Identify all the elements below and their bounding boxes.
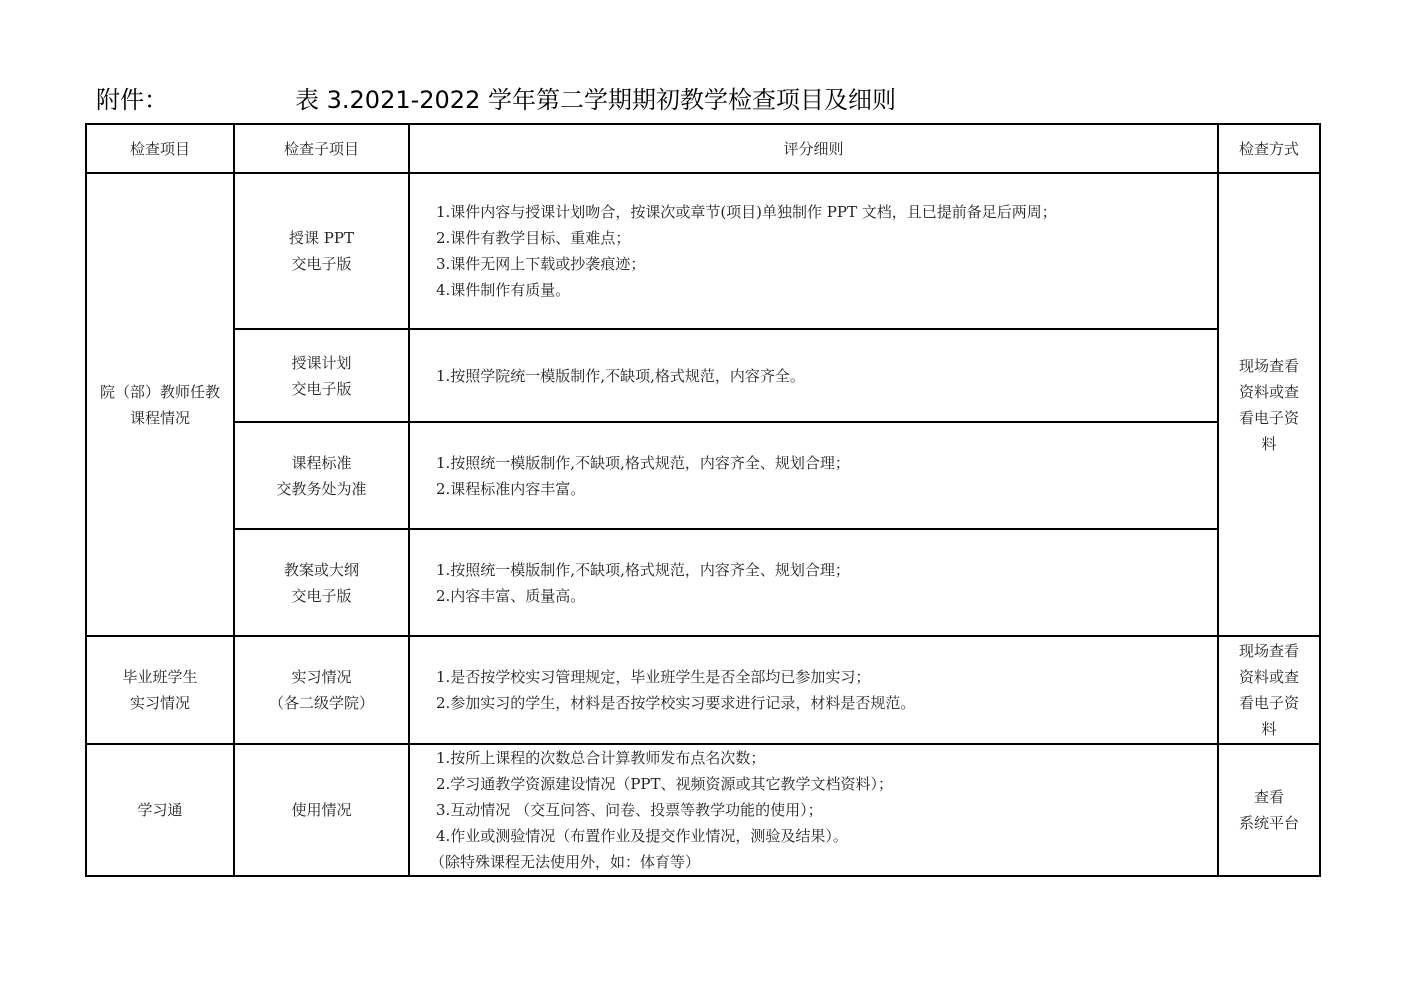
table-row: 课程标准 交教务处为准 1.按照统一模版制作,不缺项,格式规范，内容齐全、规划合… [86,422,1320,529]
method-text: 现场查看资料或查看电子资料 [1233,638,1305,742]
rule-line: 2.参加实习的学生，材料是否按学校实习要求进行记录，材料是否规范。 [436,690,1217,716]
rule-line: 1.是否按学校实习管理规定，毕业班学生是否全部均已参加实习； [436,664,1217,690]
rules-cell: 1.课件内容与授课计划吻合，按课次或章节(项目)单独制作 PPT 文档，且已提前… [409,173,1218,329]
method-cell: 现场查看资料或查看电子资料 [1218,173,1320,636]
rule-note: （除特殊课程无法使用外，如：体育等） [430,849,1217,875]
method-cell: 现场查看资料或查看电子资料 [1218,636,1320,744]
rule-line: 1.课件内容与授课计划吻合，按课次或章节(项目)单独制作 PPT 文档，且已提前… [436,199,1217,225]
rule-line: 1.按照学院统一模版制作,不缺项,格式规范，内容齐全。 [436,363,1217,389]
inspection-table: 检查项目 检查子项目 评分细则 检查方式 院（部）教师任教课程情况 授课 PPT… [85,123,1321,877]
table-row: 教案或大纲 交电子版 1.按照统一模版制作,不缺项,格式规范，内容齐全、规划合理… [86,529,1320,636]
document-title: 附件： 表 3.2021-2022 学年第二学期期初教学检查项目及细则 [96,80,1316,116]
item-cell-xuexitong: 学习通 [86,744,234,876]
rules-cell: 1.按照学院统一模版制作,不缺项,格式规范，内容齐全。 [409,329,1218,422]
rule-line: 2.内容丰富、质量高。 [436,583,1217,609]
rules-cell: 1.是否按学校实习管理规定，毕业班学生是否全部均已参加实习； 2.参加实习的学生… [409,636,1218,744]
table-row: 学习通 使用情况 1.按所上课程的次数总合计算教师发布点名次数； 2.学习通教学… [86,744,1320,876]
table-row: 授课计划 交电子版 1.按照学院统一模版制作,不缺项,格式规范，内容齐全。 [86,329,1320,422]
rule-line: 1.按所上课程的次数总合计算教师发布点名次数； [436,745,1217,771]
column-header-item: 检查项目 [86,124,234,173]
rule-line: 1.按照统一模版制作,不缺项,格式规范，内容齐全、规划合理； [436,557,1217,583]
attachment-label: 附件： [96,80,168,115]
subitem-cell: 课程标准 交教务处为准 [234,422,409,529]
rule-line: 4.课件制作有质量。 [436,277,1217,303]
method-text: 现场查看资料或查看电子资料 [1233,353,1305,457]
rules-cell: 1.按照统一模版制作,不缺项,格式规范，内容齐全、规划合理； 2.课程标准内容丰… [409,422,1218,529]
rules-cell: 1.按照统一模版制作,不缺项,格式规范，内容齐全、规划合理； 2.内容丰富、质量… [409,529,1218,636]
subitem-cell: 授课计划 交电子版 [234,329,409,422]
rule-line: 2.课程标准内容丰富。 [436,476,1217,502]
column-header-method: 检查方式 [1218,124,1320,173]
column-header-rules: 评分细则 [409,124,1218,173]
rule-line: 2.课件有教学目标、重难点； [436,225,1217,251]
item-cell-teacher-courses: 院（部）教师任教课程情况 [86,173,234,636]
column-header-subitem: 检查子项目 [234,124,409,173]
method-cell: 查看 系统平台 [1218,744,1320,876]
subitem-cell: 使用情况 [234,744,409,876]
rule-line: 3.互动情况 （交互问答、问卷、投票等教学功能的使用）； [436,797,1217,823]
item-text: 院（部）教师任教课程情况 [100,383,220,427]
subitem-cell: 实习情况 （各二级学院） [234,636,409,744]
rule-line: 2.学习通教学资源建设情况（PPT、视频资源或其它教学文档资料）； [436,771,1217,797]
table-row: 院（部）教师任教课程情况 授课 PPT 交电子版 1.课件内容与授课计划吻合，按… [86,173,1320,329]
table-title: 表 3.2021-2022 学年第二学期期初教学检查项目及细则 [295,80,896,115]
item-cell-graduate-internship: 毕业班学生 实习情况 [86,636,234,744]
rule-line: 1.按照统一模版制作,不缺项,格式规范，内容齐全、规划合理； [436,450,1217,476]
subitem-cell: 教案或大纲 交电子版 [234,529,409,636]
table-row: 毕业班学生 实习情况 实习情况 （各二级学院） 1.是否按学校实习管理规定，毕业… [86,636,1320,744]
rule-line: 4.作业或测验情况（布置作业及提交作业情况，测验及结果）。 [436,823,1217,849]
rules-cell: 1.按所上课程的次数总合计算教师发布点名次数； 2.学习通教学资源建设情况（PP… [409,744,1218,876]
subitem-cell: 授课 PPT 交电子版 [234,173,409,329]
rule-line: 3.课件无网上下载或抄袭痕迹； [436,251,1217,277]
table-header-row: 检查项目 检查子项目 评分细则 检查方式 [86,124,1320,173]
